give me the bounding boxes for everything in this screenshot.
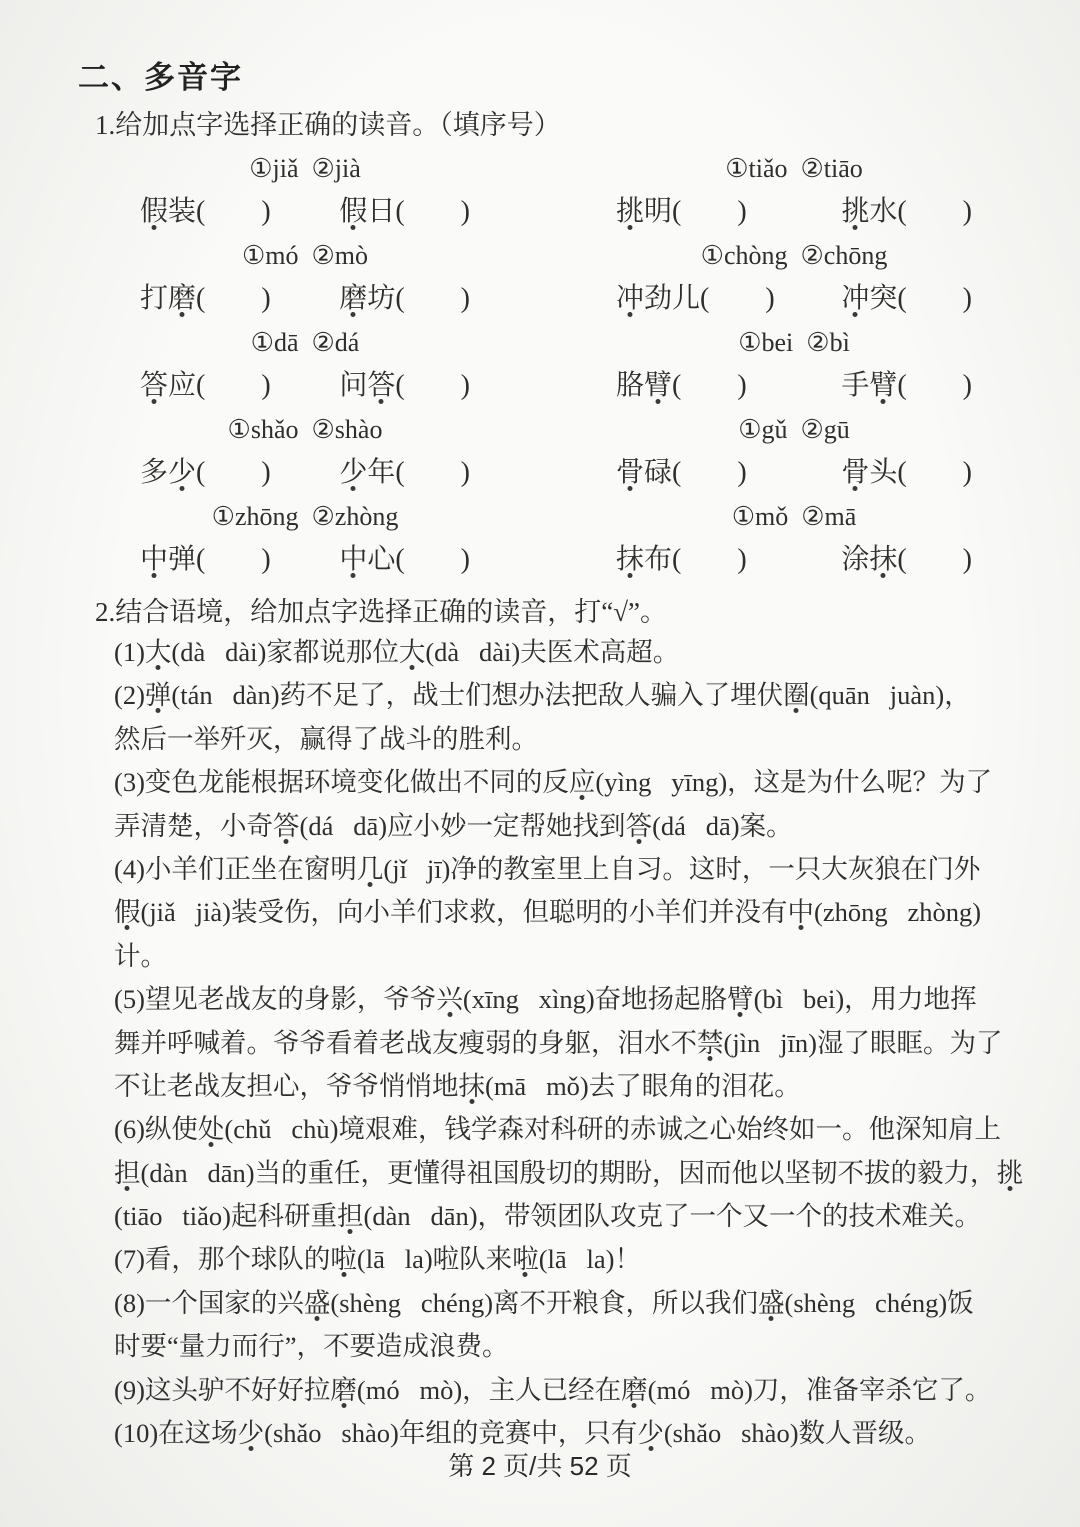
answer-blank: ( ) [672, 196, 747, 227]
q1-group: ①tiǎo ②tiāo 挑明( ) 挑水( ) [616, 148, 972, 235]
pinyin-options: ①jiǎ ②jià [140, 148, 470, 189]
q2-line: 担(dàn dān)当的重任，更懂得祖国殷切的期盼，因而他以坚韧不拔的毅力，挑 [114, 1152, 1044, 1195]
word-with-blank: 问答( ) [339, 363, 470, 409]
q1-word: 中心 [339, 544, 395, 575]
answer-blank: ( ) [897, 457, 972, 488]
dotted-char: 啦 [330, 1244, 357, 1274]
q2-line: (6)纵使处(chǔ chù)境艰难，钱学森对科研的赤诚之心始终如一。他深知肩上 [114, 1108, 1044, 1151]
q1-word: 骨头 [841, 457, 897, 488]
answer-blank: ( ) [196, 457, 271, 488]
q2-line: 不让老战友担心，爷爷悄悄地抹(mā mǒ)去了眼角的泪花。 [114, 1065, 1044, 1108]
dotted-char: 冲 [841, 283, 869, 314]
word-with-blank: 挑明( ) [616, 189, 747, 235]
answer-blank: ( ) [196, 544, 271, 575]
dotted-char: 中 [140, 544, 168, 575]
word-with-blank: 手臂( ) [841, 363, 972, 409]
word-with-blank: 打磨( ) [140, 276, 271, 322]
dotted-char: 圈 [783, 680, 810, 710]
dotted-char: 大 [145, 637, 172, 667]
dotted-char: 答 [140, 370, 168, 401]
q2-line: (3)变色龙能根据环境变化做出不同的反应(yìng yīng)，这是为什么呢？为… [114, 761, 1044, 804]
q1-word: 假日 [339, 196, 395, 227]
word-with-blank: 骨碌( ) [616, 450, 747, 496]
pinyin-options: ①bei ②bì [616, 322, 972, 363]
worksheet-page: 二、多音字 1.给加点字选择正确的读音。（填序号） ①jiǎ ②jià 假装( … [0, 0, 1080, 1527]
answer-blank: ( ) [897, 544, 972, 575]
q1-group: ①zhōng ②zhòng 中弹( ) 中心( ) [140, 496, 470, 583]
dotted-char: 啦 [512, 1244, 539, 1274]
q1-word: 答应 [140, 370, 196, 401]
dotted-char: 假 [339, 196, 367, 227]
word-with-blank: 冲突( ) [841, 276, 972, 322]
q1-word: 打磨 [140, 283, 196, 314]
q2-line: (9)这头驴不好好拉磨(mó mò)，主人已经在磨(mó mò)刀，准备宰杀它了… [114, 1369, 1044, 1412]
q1-word: 多少 [140, 457, 196, 488]
q1-word: 抹布 [616, 544, 672, 575]
dotted-char: 臂 [869, 370, 897, 401]
dotted-char: 应 [569, 767, 596, 797]
dotted-char: 磨 [621, 1375, 648, 1405]
answer-blank: ( ) [395, 283, 470, 314]
q1-word: 冲突 [841, 283, 897, 314]
q2-line: 然后一举歼灭，赢得了战斗的胜利。 [114, 718, 1044, 761]
q1-word: 问答 [339, 370, 395, 401]
dotted-char: 盛 [758, 1288, 785, 1318]
dotted-char: 少 [339, 457, 367, 488]
answer-blank: ( ) [897, 196, 972, 227]
dotted-char: 臂 [727, 984, 754, 1014]
dotted-char: 抹 [869, 544, 897, 575]
q2-line: (2)弹(tán dàn)药不足了，战士们想办法把敌人骗入了埋伏圈(quān j… [114, 674, 1044, 717]
q1-word: 手臂 [841, 370, 897, 401]
q2-line: (tiāo tiǎo)起科研重担(dàn dān)，带领团队攻克了一个又一个的技… [114, 1195, 1044, 1238]
word-with-blank: 骨头( ) [841, 450, 972, 496]
answer-blank: ( ) [897, 283, 972, 314]
answer-blank: ( ) [395, 544, 470, 575]
q1-word: 少年 [339, 457, 395, 488]
dotted-char: 抹 [616, 544, 644, 575]
q1-group: ①shǎo ②shào 多少( ) 少年( ) [140, 409, 470, 496]
answer-blank: ( ) [700, 283, 775, 314]
q1-group: ①mǒ ②mā 抹布( ) 涂抹( ) [616, 496, 972, 583]
q1-word: 假装 [140, 196, 196, 227]
q1-word: 胳臂 [616, 370, 672, 401]
word-with-blank: 假日( ) [339, 189, 470, 235]
q1-left-column: ①jiǎ ②jià 假装( ) 假日( ) ①mó ②mò 打磨( ) 磨坊( … [140, 148, 470, 583]
dotted-char: 磨 [168, 283, 196, 314]
q1-prompt: 1.给加点字选择正确的读音。（填序号） [95, 103, 561, 142]
q2-line: 弄清楚，小奇答(dá dā)应小妙一定帮她找到答(dá dā)案。 [114, 805, 1044, 848]
dotted-char: 禁 [697, 1028, 724, 1058]
word-with-blank: 冲劲儿( ) [616, 276, 775, 322]
dotted-char: 处 [198, 1114, 225, 1144]
q1-group: ①chòng ②chōng 冲劲儿( ) 冲突( ) [616, 235, 972, 322]
dotted-char: 少 [238, 1418, 265, 1448]
dotted-char: 担 [114, 1158, 141, 1188]
q2-prompt: 2.结合语境，给加点字选择正确的读音，打“√”。 [95, 590, 667, 629]
word-with-blank: 多少( ) [140, 450, 271, 496]
dotted-char: 骨 [841, 457, 869, 488]
dotted-char: 假 [114, 897, 141, 927]
dotted-char: 中 [788, 897, 815, 927]
dotted-char: 兴 [436, 984, 463, 1014]
q1-word: 中弹 [140, 544, 196, 575]
dotted-char: 骨 [616, 457, 644, 488]
word-with-blank: 中心( ) [339, 537, 470, 583]
dotted-char: 少 [637, 1418, 664, 1448]
word-with-blank: 胳臂( ) [616, 363, 747, 409]
word-with-blank: 挑水( ) [841, 189, 972, 235]
dotted-char: 磨 [339, 283, 367, 314]
dotted-char: 担 [337, 1201, 364, 1231]
answer-blank: ( ) [672, 370, 747, 401]
pinyin-options: ①zhōng ②zhòng [140, 496, 470, 537]
q2-line: 计。 [114, 935, 1044, 978]
word-with-blank: 磨坊( ) [339, 276, 470, 322]
q1-word: 骨碌 [616, 457, 672, 488]
section-title: 二、多音字 [78, 52, 243, 97]
dotted-char: 冲 [616, 283, 644, 314]
pinyin-options: ①mǒ ②mā [616, 496, 972, 537]
q1-word: 挑水 [841, 196, 897, 227]
dotted-char: 磨 [330, 1375, 357, 1405]
q1-group: ①jiǎ ②jià 假装( ) 假日( ) [140, 148, 470, 235]
dotted-char: 弹 [145, 680, 172, 710]
pinyin-options: ①chòng ②chōng [616, 235, 972, 276]
q1-word: 磨坊 [339, 283, 395, 314]
dotted-char: 臂 [644, 370, 672, 401]
q1-group: ①bei ②bì 胳臂( ) 手臂( ) [616, 322, 972, 409]
answer-blank: ( ) [196, 370, 271, 401]
q2-line: (7)看，那个球队的啦(lā la)啦队来啦(lā la)！ [114, 1238, 1044, 1281]
pinyin-options: ①gǔ ②gū [616, 409, 972, 450]
answer-blank: ( ) [672, 544, 747, 575]
dotted-char: 挑 [616, 196, 644, 227]
pinyin-options: ①shǎo ②shào [140, 409, 470, 450]
answer-blank: ( ) [897, 370, 972, 401]
pinyin-options: ①tiǎo ②tiāo [616, 148, 972, 189]
q2-line: (8)一个国家的兴盛(shèng chéng)离不开粮食，所以我们盛(shèng… [114, 1282, 1044, 1325]
dotted-char: 挑 [997, 1158, 1024, 1188]
dotted-char: 中 [339, 544, 367, 575]
answer-blank: ( ) [395, 370, 470, 401]
answer-blank: ( ) [196, 196, 271, 227]
q2-line: (5)望见老战友的身影，爷爷兴(xīng xìng)奋地扬起胳臂(bì bei)… [114, 978, 1044, 1021]
q2-line: (1)大(dà dài)家都说那位大(dà dài)夫医术高超。 [114, 631, 1044, 674]
q1-word: 冲劲儿 [616, 283, 700, 314]
answer-blank: ( ) [196, 283, 271, 314]
pinyin-options: ①dā ②dá [140, 322, 470, 363]
dotted-char: 挑 [841, 196, 869, 227]
dotted-char: 大 [399, 637, 426, 667]
page-number-footer: 第 2 页/共 52 页 [0, 1446, 1080, 1483]
q2-line: 舞并呼喊着。爷爷看着老战友瘦弱的身躯，泪水不禁(jìn jīn)湿了眼眶。为了 [114, 1022, 1044, 1065]
q1-group: ①mó ②mò 打磨( ) 磨坊( ) [140, 235, 470, 322]
word-with-blank: 少年( ) [339, 450, 470, 496]
word-with-blank: 抹布( ) [616, 537, 747, 583]
dotted-char: 答 [273, 811, 300, 841]
word-with-blank: 涂抹( ) [841, 537, 972, 583]
word-with-blank: 答应( ) [140, 363, 271, 409]
q2-line: 假(jiǎ jià)装受伤，向小羊们求救，但聪明的小羊们并没有中(zhōng z… [114, 891, 1044, 934]
dotted-char: 答 [367, 370, 395, 401]
dotted-char: 盛 [304, 1288, 331, 1318]
q1-word: 挑明 [616, 196, 672, 227]
answer-blank: ( ) [672, 457, 747, 488]
dotted-char: 少 [168, 457, 196, 488]
dotted-char: 抹 [459, 1071, 486, 1101]
answer-blank: ( ) [395, 196, 470, 227]
dotted-char: 几 [357, 854, 384, 884]
dotted-char: 答 [626, 811, 653, 841]
q1-right-column: ①tiǎo ②tiāo 挑明( ) 挑水( ) ①chòng ②chōng 冲劲… [616, 148, 972, 583]
q2-items: (1)大(dà dài)家都说那位大(dà dài)夫医术高超。 (2)弹(tá… [114, 631, 1044, 1455]
word-with-blank: 中弹( ) [140, 537, 271, 583]
pinyin-options: ①mó ②mò [140, 235, 470, 276]
q1-group: ①dā ②dá 答应( ) 问答( ) [140, 322, 470, 409]
q2-line: (4)小羊们正坐在窗明几(jǐ jī)净的教室里上自习。这时，一只大灰狼在门外 [114, 848, 1044, 891]
q1-group: ①gǔ ②gū 骨碌( ) 骨头( ) [616, 409, 972, 496]
dotted-char: 假 [140, 196, 168, 227]
q1-word: 涂抹 [841, 544, 897, 575]
q2-line: 时要“量力而行”，不要造成浪费。 [114, 1325, 1044, 1368]
word-with-blank: 假装( ) [140, 189, 271, 235]
answer-blank: ( ) [395, 457, 470, 488]
